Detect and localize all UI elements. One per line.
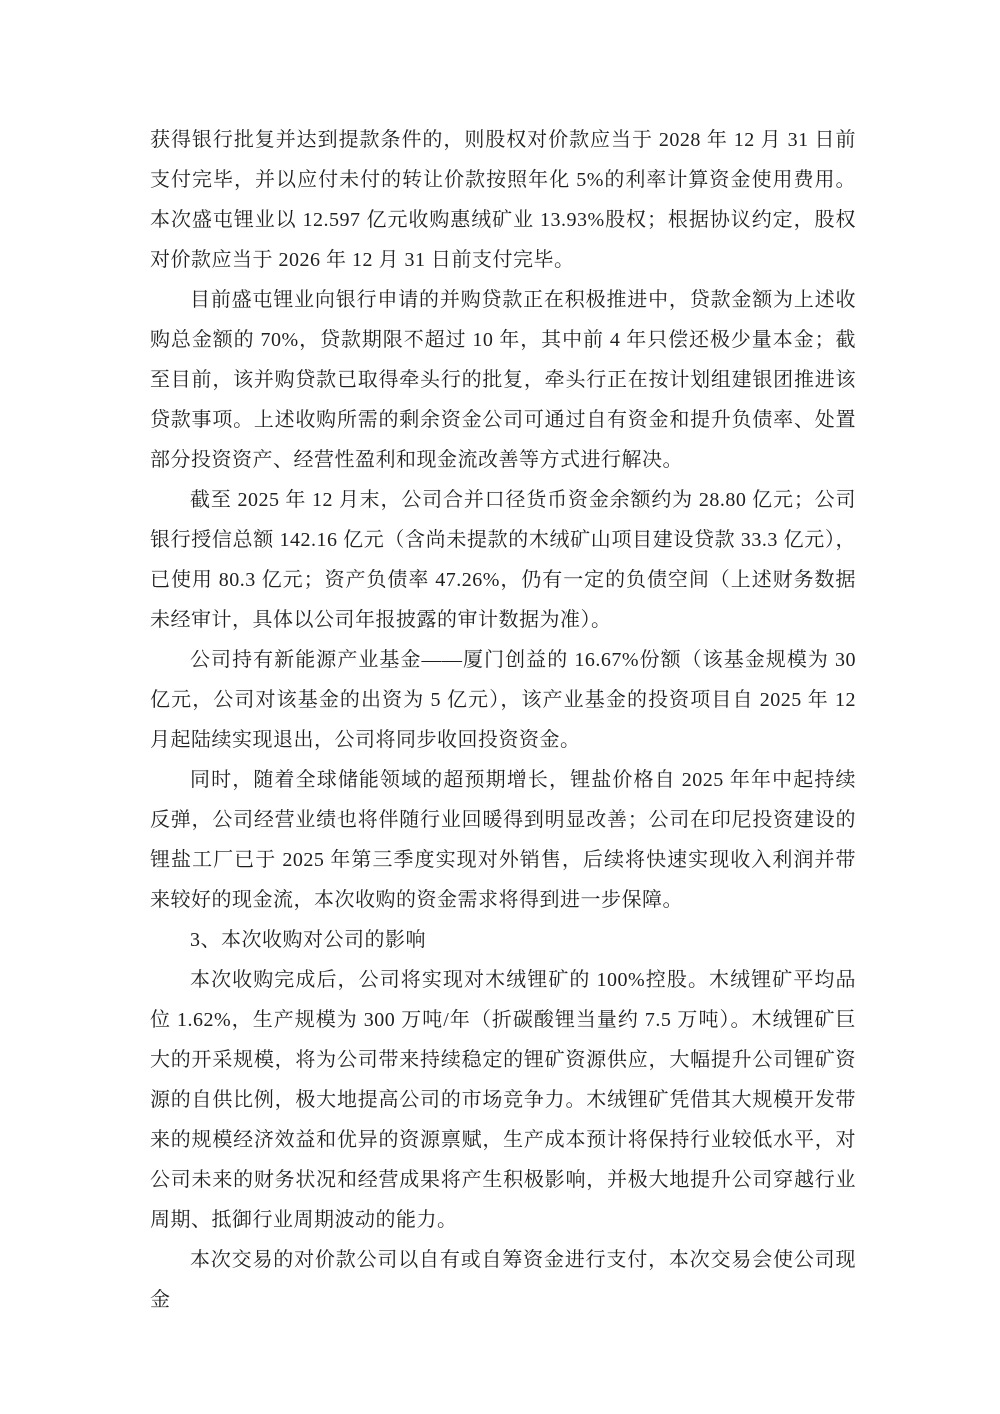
paragraph-acquisition-impact: 本次收购完成后，公司将实现对木绒锂矿的 100%控股。木绒锂矿平均品位 1.62… bbox=[150, 960, 856, 1240]
paragraph-financial-position: 截至 2025 年 12 月末，公司合并口径货币资金余额约为 28.80 亿元；… bbox=[150, 480, 856, 640]
document-body: 获得银行批复并达到提款条件的，则股权对价款应当于 2028 年 12 月 31 … bbox=[150, 120, 856, 1320]
paragraph-industry-fund: 公司持有新能源产业基金——厦门创益的 16.67%份额（该基金规模为 30 亿元… bbox=[150, 640, 856, 760]
paragraph-continuation: 获得银行批复并达到提款条件的，则股权对价款应当于 2028 年 12 月 31 … bbox=[150, 120, 856, 280]
paragraph-loan-progress: 目前盛屯锂业向银行申请的并购贷款正在积极推进中，贷款金额为上述收购总金额的 70… bbox=[150, 280, 856, 480]
section-heading-impact: 3、本次收购对公司的影响 bbox=[150, 920, 856, 960]
document-page: 获得银行批复并达到提款条件的，则股权对价款应当于 2028 年 12 月 31 … bbox=[0, 0, 1000, 1414]
paragraph-payment-method: 本次交易的对价款公司以自有或自筹资金进行支付，本次交易会使公司现金 bbox=[150, 1240, 856, 1320]
paragraph-lithium-price: 同时，随着全球储能领域的超预期增长，锂盐价格自 2025 年年中起持续反弹，公司… bbox=[150, 760, 856, 920]
